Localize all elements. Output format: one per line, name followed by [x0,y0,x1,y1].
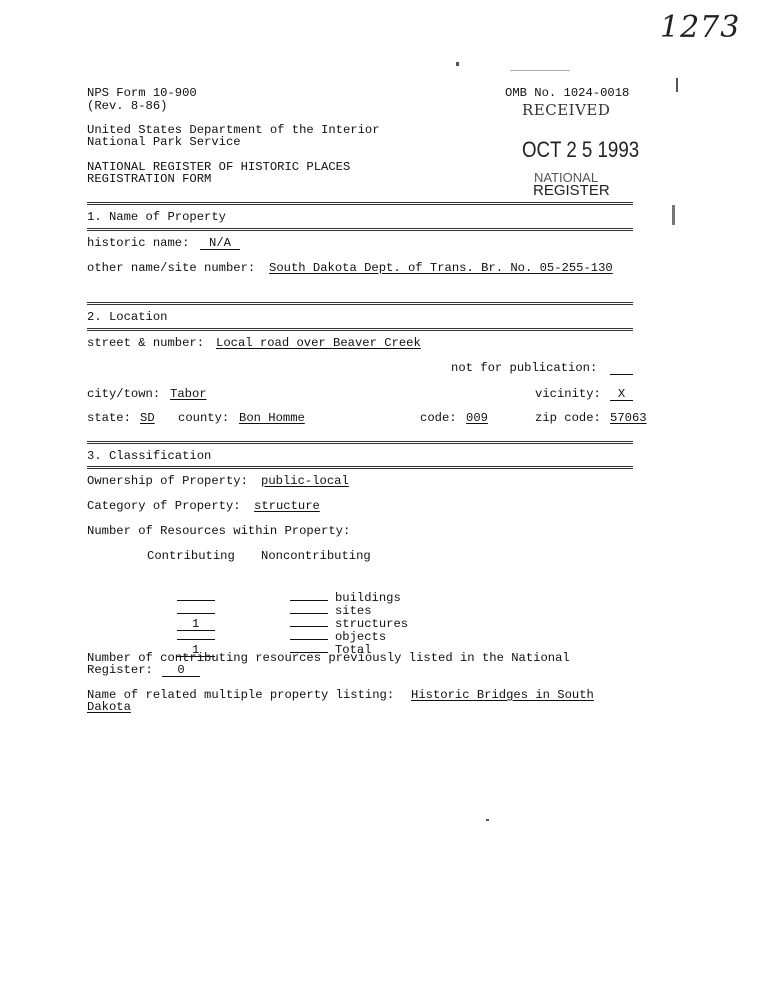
vicinity-value: X [610,388,633,401]
column-header-contributing: Contributing [147,550,235,563]
scan-mark [676,78,678,92]
scan-mark [456,62,459,66]
received-stamp: RECEIVED [522,101,610,119]
omb-number: OMB No. 1024-0018 [505,87,629,100]
section-divider [87,302,633,305]
other-name-value[interactable]: South Dakota Dept. of Trans. Br. No. 05-… [269,262,613,275]
stamp-register: REGISTER [533,182,610,199]
related-listing-label: Name of related multiple property listin… [87,689,394,702]
zip-value[interactable]: 57063 [610,412,647,425]
scan-mark [672,205,675,225]
section-divider [87,466,633,469]
code-value[interactable]: 009 [466,412,488,425]
state-label: state: [87,412,131,425]
section-divider [87,202,633,205]
section-divider [87,228,633,231]
not-for-publication-value [610,362,633,375]
not-for-publication-field[interactable] [610,362,633,379]
previously-listed-value: 0 [162,664,200,677]
vicinity-label: vicinity: [535,388,601,401]
previously-listed-label: Register: [87,664,153,677]
ownership-value[interactable]: public-local [261,475,349,488]
scan-mark [486,819,489,821]
received-date: OCT 2 5 1993 [522,137,639,163]
service: National Park Service [87,136,241,149]
scan-mark [510,70,570,71]
historic-name-value: N/A [200,237,240,250]
category-label: Category of Property: [87,500,241,513]
city-value[interactable]: Tabor [170,388,207,401]
previously-listed-text: Number of contributing resources previou… [87,652,570,665]
historic-name-label: historic name: [87,237,189,250]
other-name-label: other name/site number: [87,262,255,275]
previously-listed-field[interactable]: 0 [162,664,200,677]
section-divider [87,328,633,331]
section-divider [87,441,633,444]
form-subtitle: REGISTRATION FORM [87,173,211,186]
vicinity-field[interactable]: X [610,388,633,401]
section-heading-name-of-property: 1. Name of Property [87,211,226,224]
form-revision: (Rev. 8-86) [87,100,167,113]
resources-label: Number of Resources within Property: [87,525,350,538]
not-for-publication-label: not for publication: [451,362,597,375]
county-value[interactable]: Bon Homme [239,412,305,425]
code-label: code: [420,412,457,425]
street-value[interactable]: Local road over Beaver Creek [216,337,421,350]
section-heading-classification: 3. Classification [87,450,211,463]
section-heading-location: 2. Location [87,311,167,324]
related-listing-value-continued[interactable]: Dakota [87,701,131,714]
zip-label: zip code: [535,412,601,425]
state-value[interactable]: SD [140,412,155,425]
street-label: street & number: [87,337,204,350]
category-value[interactable]: structure [254,500,320,513]
ownership-label: Ownership of Property: [87,475,248,488]
related-listing-value[interactable]: Historic Bridges in South [411,689,594,702]
city-label: city/town: [87,388,160,401]
county-label: county: [178,412,229,425]
historic-name-field[interactable]: N/A [200,237,240,250]
column-header-noncontributing: Noncontributing [261,550,371,563]
handwritten-page-number: 1273 [660,10,740,45]
